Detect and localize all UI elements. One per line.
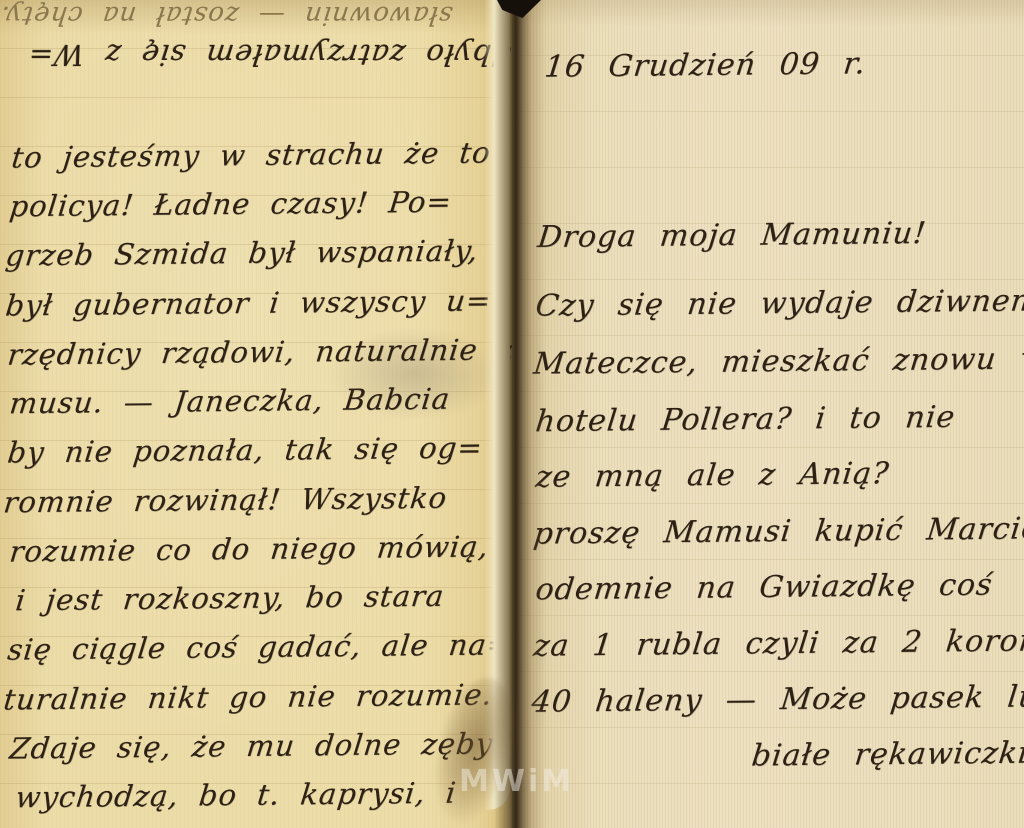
handwriting-line: był gubernator i wszyscy u= xyxy=(4,283,494,322)
handwriting-line: Droga moja Mamuniu! xyxy=(536,216,928,255)
date-line: 16 Grudzień 09 r. xyxy=(543,46,868,84)
handwriting-line: grzeb Szmida był wspaniały, xyxy=(4,234,481,273)
handwriting-line: hotelu Pollera? i to nie xyxy=(534,400,957,439)
left-page: sławownin — został na chęty. odbyło zatr… xyxy=(0,0,512,828)
handwriting-line: to jesteśmy w strachu że to xyxy=(10,135,493,174)
handwriting-line: ze mną ale z Anią? xyxy=(534,456,891,495)
handwriting-line: turalnie nikt go nie rozumie. xyxy=(2,677,495,716)
handwriting-line: policya! Ładne czasy! Po= xyxy=(8,185,454,224)
handwriting-line: wychodzą, bo t. kaprysi, i xyxy=(14,776,458,815)
handwriting-line: Zdaje się, że mu dolne zęby xyxy=(8,726,495,765)
handwriting-line: Czy się nie wydaje dziwnem xyxy=(534,283,1024,323)
right-page: 16 Grudzień 09 r. Droga moja Mamuniu! Cz… xyxy=(512,0,1024,828)
handwriting-line: proszę Mamusi kupić Marcie xyxy=(532,511,1024,551)
handwriting-line: rzędnicy rządowi, naturalnie z xyxy=(6,332,516,371)
handwriting-line: rozumie co do niego mówią, xyxy=(8,529,491,568)
inverted-handwriting-line: odbyło zatrzymałem się z W= xyxy=(26,38,531,72)
handwriting-line: za 1 rubla czyli za 2 korony xyxy=(532,623,1024,663)
handwriting-line: by nie poznała, tak się og= xyxy=(6,431,485,470)
handwriting-line: i jest rozkoszny, bo stara xyxy=(14,579,446,617)
watermark: MWiM xyxy=(459,764,574,799)
handwriting-line: Mateczce, mieszkać znowu w xyxy=(532,341,1024,381)
handwriting-line: romnie rozwinął! Wszystko xyxy=(2,481,449,520)
notebook-scan: sławownin — został na chęty. odbyło zatr… xyxy=(0,0,1024,828)
handwriting-line: odemnie na Gwiazdkę coś xyxy=(534,568,995,608)
handwriting-line: 40 haleny — Może pasek lub xyxy=(530,679,1024,720)
inverted-handwriting-line: sławownin — został na chęty. xyxy=(0,0,454,30)
handwriting-line: białe rękawiczki? xyxy=(750,735,1024,773)
handwriting-line: się ciągle coś gadać, ale na= xyxy=(6,627,514,666)
handwriting-line: musu. — Janeczka, Babcia xyxy=(8,382,452,421)
